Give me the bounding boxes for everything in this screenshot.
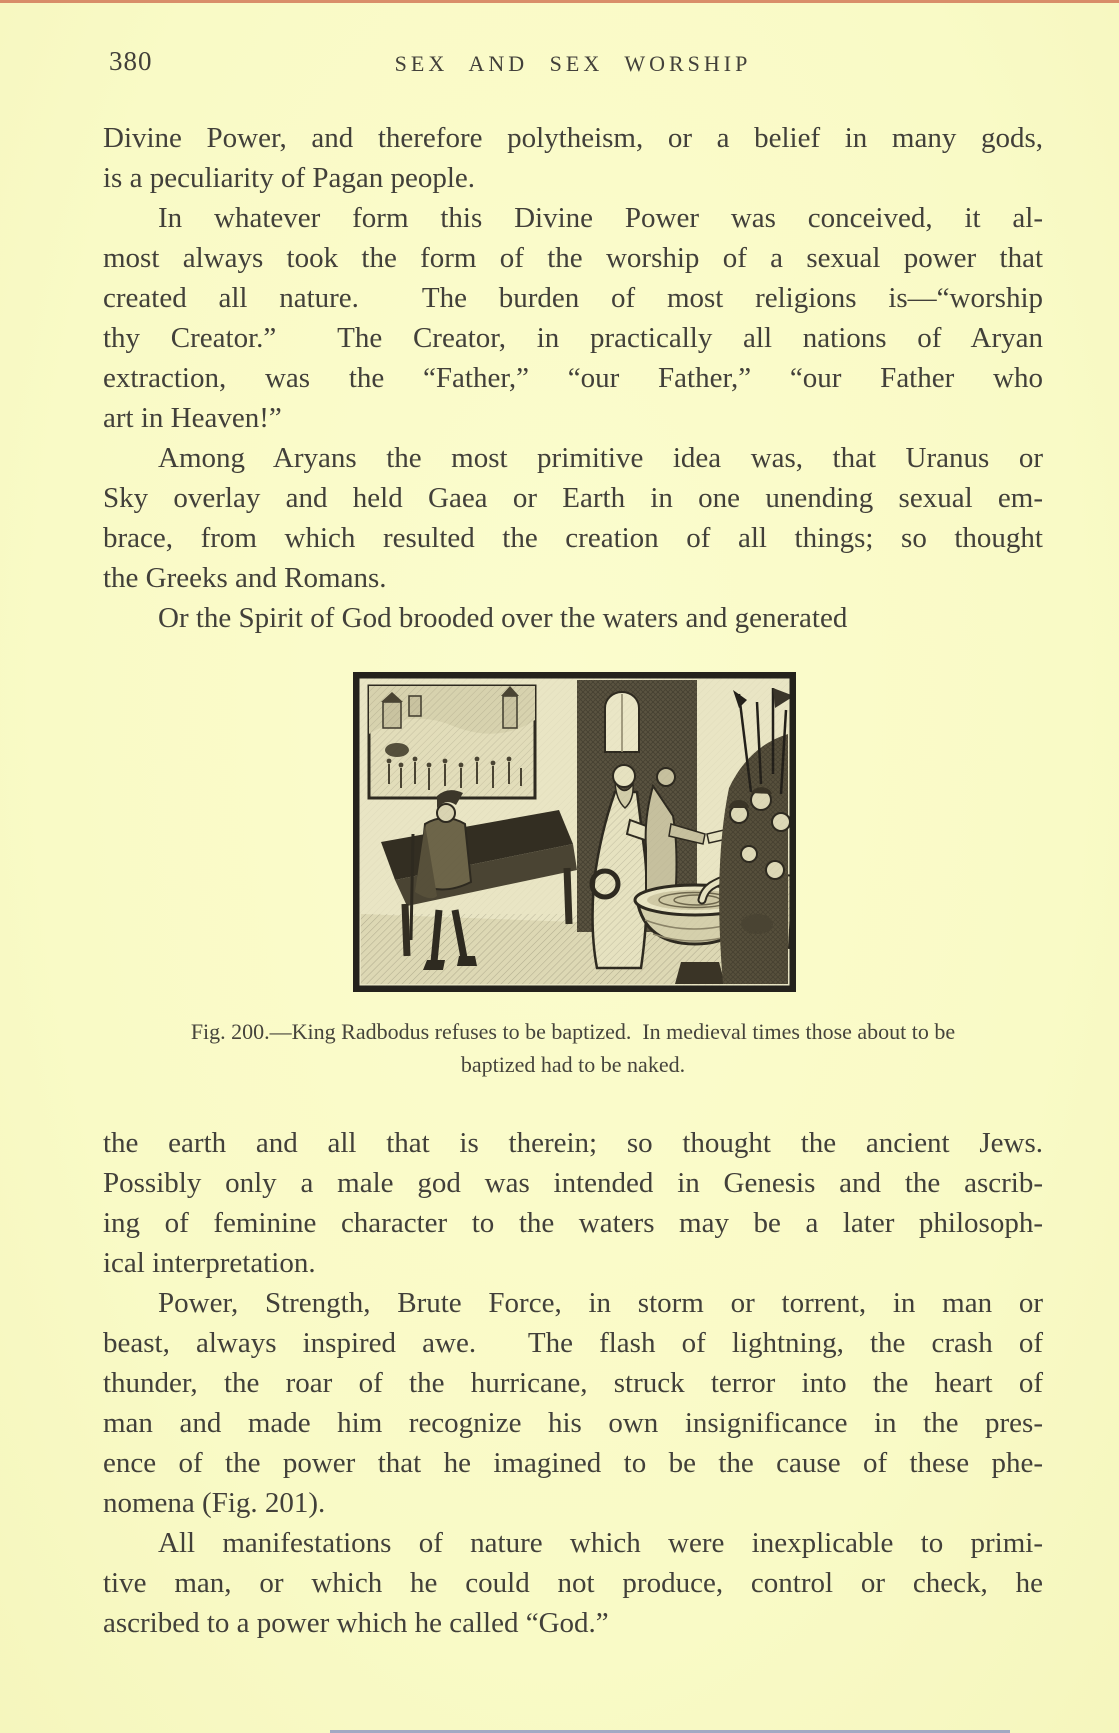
text-line: Divine Power, and therefore polytheism, … — [103, 118, 1043, 158]
text-line: Or the Spirit of God brooded over the wa… — [103, 598, 1043, 638]
paragraph: In whatever form this Divine Power was c… — [103, 198, 1043, 438]
text-line: man and made him recognize his own insig… — [103, 1403, 1043, 1443]
text-line: Among Aryans the most primitive idea was… — [103, 438, 1043, 478]
text-line: extraction, was the “Father,” “our Fathe… — [103, 358, 1043, 398]
figure-caption-line: Fig. 200.—King Radbodus refuses to be ba… — [103, 1015, 1043, 1048]
text-line: nomena (Fig. 201). — [103, 1483, 1043, 1523]
text-line: In whatever form this Divine Power was c… — [103, 198, 1043, 238]
engraving-image — [353, 672, 796, 992]
text-line: ical interpretation. — [103, 1243, 1043, 1283]
text-line: Possibly only a male god was intended in… — [103, 1163, 1043, 1203]
text-line: the Greeks and Romans. — [103, 558, 1043, 598]
text-line: most always took the form of the worship… — [103, 238, 1043, 278]
text-line: tive man, or which he could not produce,… — [103, 1563, 1043, 1603]
text-line: ascribed to a power which he called “God… — [103, 1603, 1043, 1643]
text-line: All manifestations of nature which were … — [103, 1523, 1043, 1563]
book-page: 380 SEX AND SEX WORSHIP Divine Power, an… — [0, 0, 1119, 1733]
paragraph: Power, Strength, Brute Force, in storm o… — [103, 1283, 1043, 1523]
text-line: is a peculiarity of Pagan people. — [103, 158, 1043, 198]
text-line: ence of the power that he imagined to be… — [103, 1443, 1043, 1483]
figure-caption: Fig. 200.—King Radbodus refuses to be ba… — [103, 1015, 1043, 1081]
page-header: 380 SEX AND SEX WORSHIP — [103, 46, 1043, 82]
page-number: 380 — [109, 46, 153, 77]
text-block-lower: the earth and all that is therein; so th… — [103, 1123, 1043, 1643]
running-header: SEX AND SEX WORSHIP — [103, 46, 1043, 77]
paragraph: Divine Power, and therefore polytheism, … — [103, 118, 1043, 198]
text-block-upper: Divine Power, and therefore polytheism, … — [103, 118, 1043, 638]
text-line: brace, from which resulted the creation … — [103, 518, 1043, 558]
text-line: art in Heaven!” — [103, 398, 1043, 438]
text-line: the earth and all that is therein; so th… — [103, 1123, 1043, 1163]
scan-edge-top — [0, 0, 1119, 3]
paragraph: All manifestations of nature which were … — [103, 1523, 1043, 1643]
text-line: Power, Strength, Brute Force, in storm o… — [103, 1283, 1043, 1323]
text-line: thy Creator.” The Creator, in practicall… — [103, 318, 1043, 358]
paragraph: Or the Spirit of God brooded over the wa… — [103, 598, 1043, 638]
text-line: Sky overlay and held Gaea or Earth in on… — [103, 478, 1043, 518]
paragraph: Among Aryans the most primitive idea was… — [103, 438, 1043, 598]
figure-caption-line: baptized had to be naked. — [103, 1048, 1043, 1081]
text-line: created all nature. The burden of most r… — [103, 278, 1043, 318]
text-line: ing of feminine character to the waters … — [103, 1203, 1043, 1243]
figure-engraving — [353, 672, 796, 992]
text-line: thunder, the roar of the hurricane, stru… — [103, 1363, 1043, 1403]
text-line: beast, always inspired awe. The flash of… — [103, 1323, 1043, 1363]
paragraph: the earth and all that is therein; so th… — [103, 1123, 1043, 1283]
